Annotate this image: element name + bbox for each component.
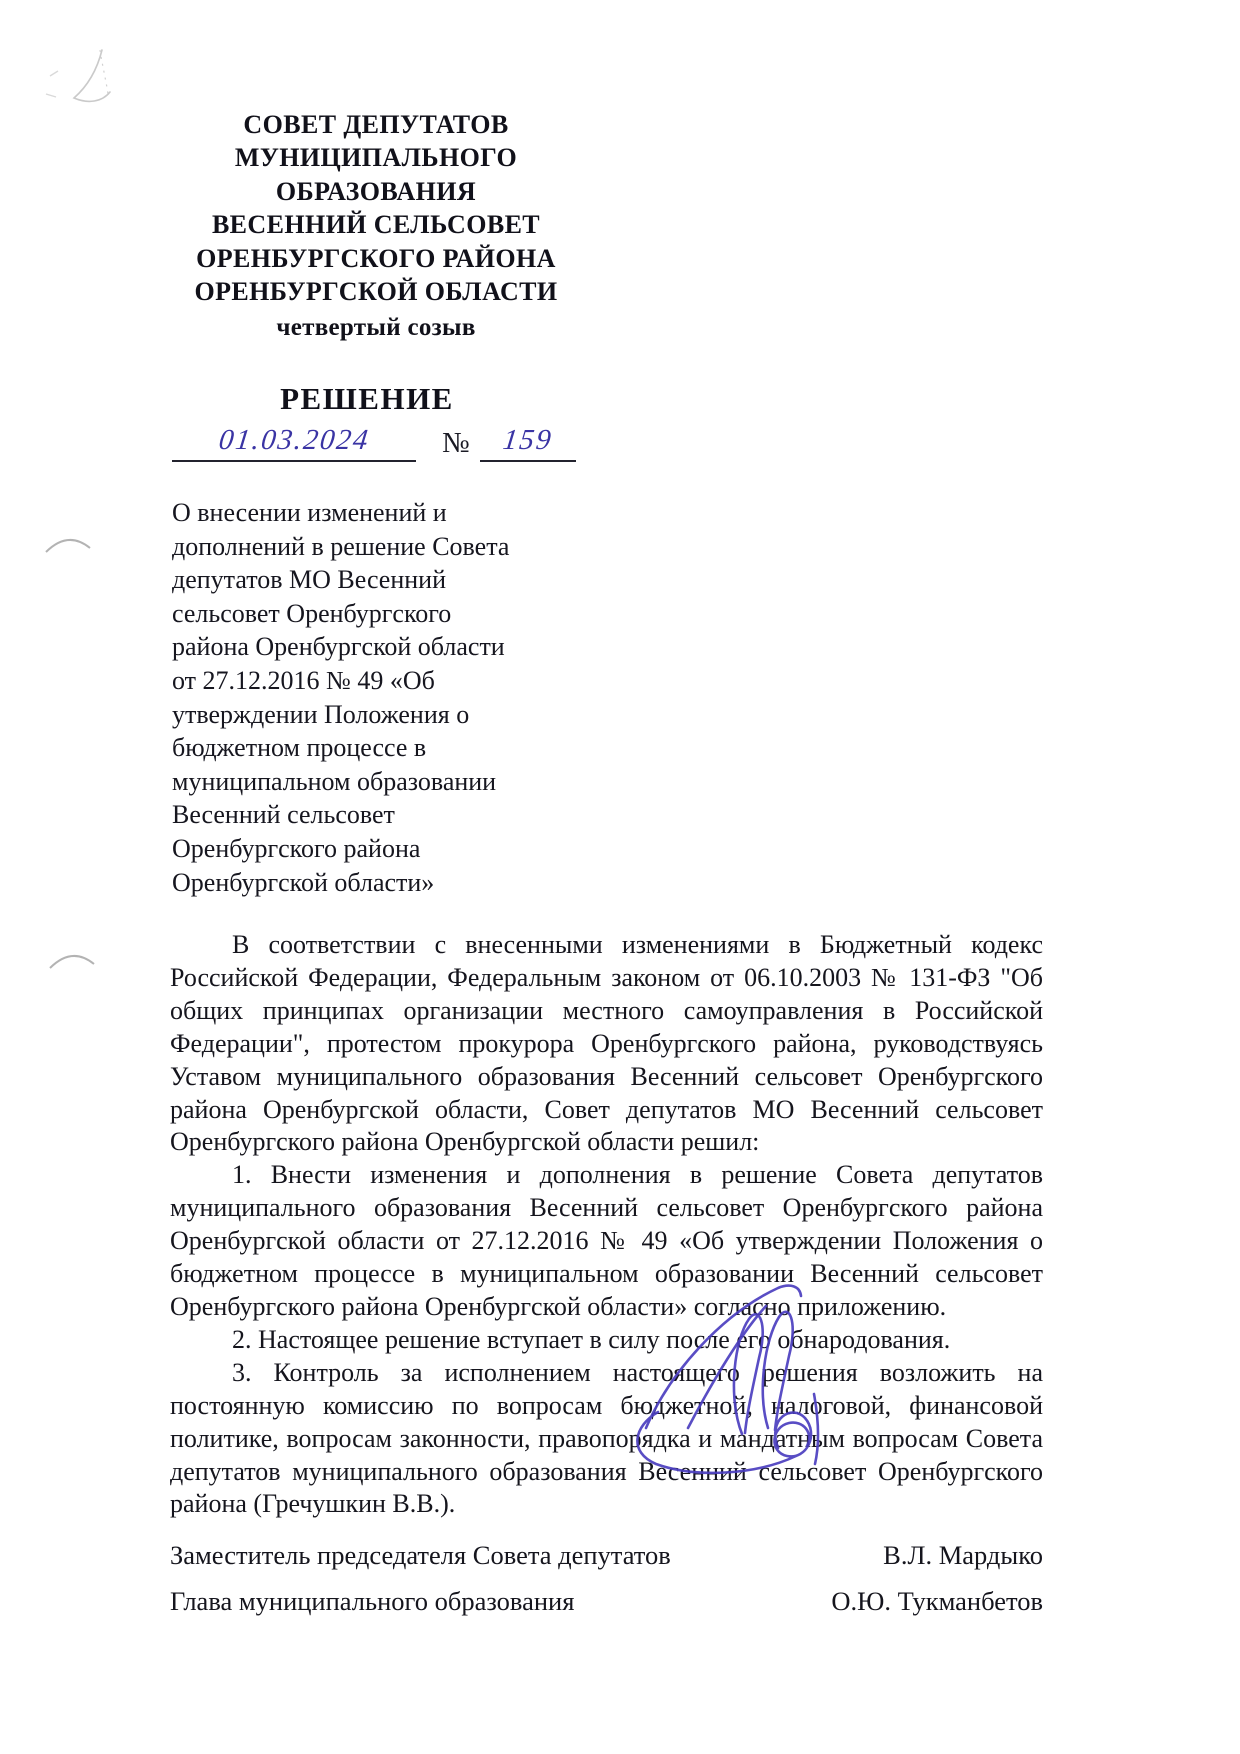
handwritten-date: 01.03.2024 bbox=[172, 424, 416, 462]
subject-line: утверждении Положения о bbox=[172, 698, 592, 732]
subject-line: дополнений в решение Совета bbox=[172, 530, 592, 564]
body-paragraph-preamble: В соответствии с внесенными изменениями … bbox=[170, 929, 1043, 1159]
subject-line: сельсовет Оренбургского bbox=[172, 597, 592, 631]
subject-line: бюджетном процессе в bbox=[172, 731, 592, 765]
org-name-line: ОРЕНБУРГСКОЙ ОБЛАСТИ bbox=[160, 275, 592, 308]
body-paragraph-item-3: 3. Контроль за исполнением настоящего ре… bbox=[170, 1357, 1043, 1522]
number-sign: № bbox=[442, 427, 470, 460]
subject-line: О внесении изменений и bbox=[172, 496, 592, 530]
org-name-line: МУНИЦИПАЛЬНОГО bbox=[160, 141, 592, 174]
letterhead: СОВЕТ ДЕПУТАТОВ МУНИЦИПАЛЬНОГО ОБРАЗОВАН… bbox=[160, 108, 592, 344]
org-name-line: ОБРАЗОВАНИЯ bbox=[160, 175, 592, 208]
document-type-title: РЕШЕНИЕ bbox=[160, 381, 574, 417]
convocation-label: четвертый созыв bbox=[160, 311, 592, 344]
requisites-line: 01.03.2024 № 159 bbox=[172, 424, 652, 462]
subject-line: от 27.12.2016 № 49 «Об bbox=[172, 664, 592, 698]
subject-line: депутатов МО Весенний bbox=[172, 563, 592, 597]
signature-row-head-of-municipality: Глава муниципального образования О.Ю. Ту… bbox=[170, 1586, 1043, 1617]
signatory-name: В.Л. Мардыко bbox=[883, 1540, 1043, 1571]
document-body: В соответствии с внесенными изменениями … bbox=[170, 929, 1043, 1521]
body-paragraph-item-1: 1. Внести изменения и дополнения в решен… bbox=[170, 1159, 1043, 1324]
subject-line: Оренбургского района bbox=[172, 832, 592, 866]
subject-line: Весенний сельсовет bbox=[172, 798, 592, 832]
org-name-line: ВЕСЕННИЙ СЕЛЬСОВЕТ bbox=[160, 208, 592, 241]
document-subject: О внесении изменений и дополнений в реше… bbox=[172, 496, 592, 899]
signatory-title: Глава муниципального образования bbox=[170, 1586, 574, 1617]
signatory-title: Заместитель председателя Совета депутато… bbox=[170, 1540, 671, 1571]
subject-line: муниципальном образовании bbox=[172, 765, 592, 799]
subject-line: Оренбургской области» bbox=[172, 866, 592, 900]
org-name-line: ОРЕНБУРГСКОГО РАЙОНА bbox=[160, 242, 592, 275]
signatory-name: О.Ю. Тукманбетов bbox=[831, 1586, 1043, 1617]
margin-arc-mark bbox=[44, 532, 92, 556]
margin-arc-mark bbox=[48, 948, 96, 972]
signature-row-deputy-chairman: Заместитель председателя Совета депутато… bbox=[170, 1540, 1043, 1571]
handwritten-number: 159 bbox=[480, 424, 576, 462]
subject-line: района Оренбургской области bbox=[172, 630, 592, 664]
pencil-mark bbox=[38, 36, 148, 126]
body-paragraph-item-2: 2. Настоящее решение вступает в силу пос… bbox=[170, 1324, 1043, 1357]
org-name-line: СОВЕТ ДЕПУТАТОВ bbox=[160, 108, 592, 141]
document-page: СОВЕТ ДЕПУТАТОВ МУНИЦИПАЛЬНОГО ОБРАЗОВАН… bbox=[0, 0, 1240, 1754]
